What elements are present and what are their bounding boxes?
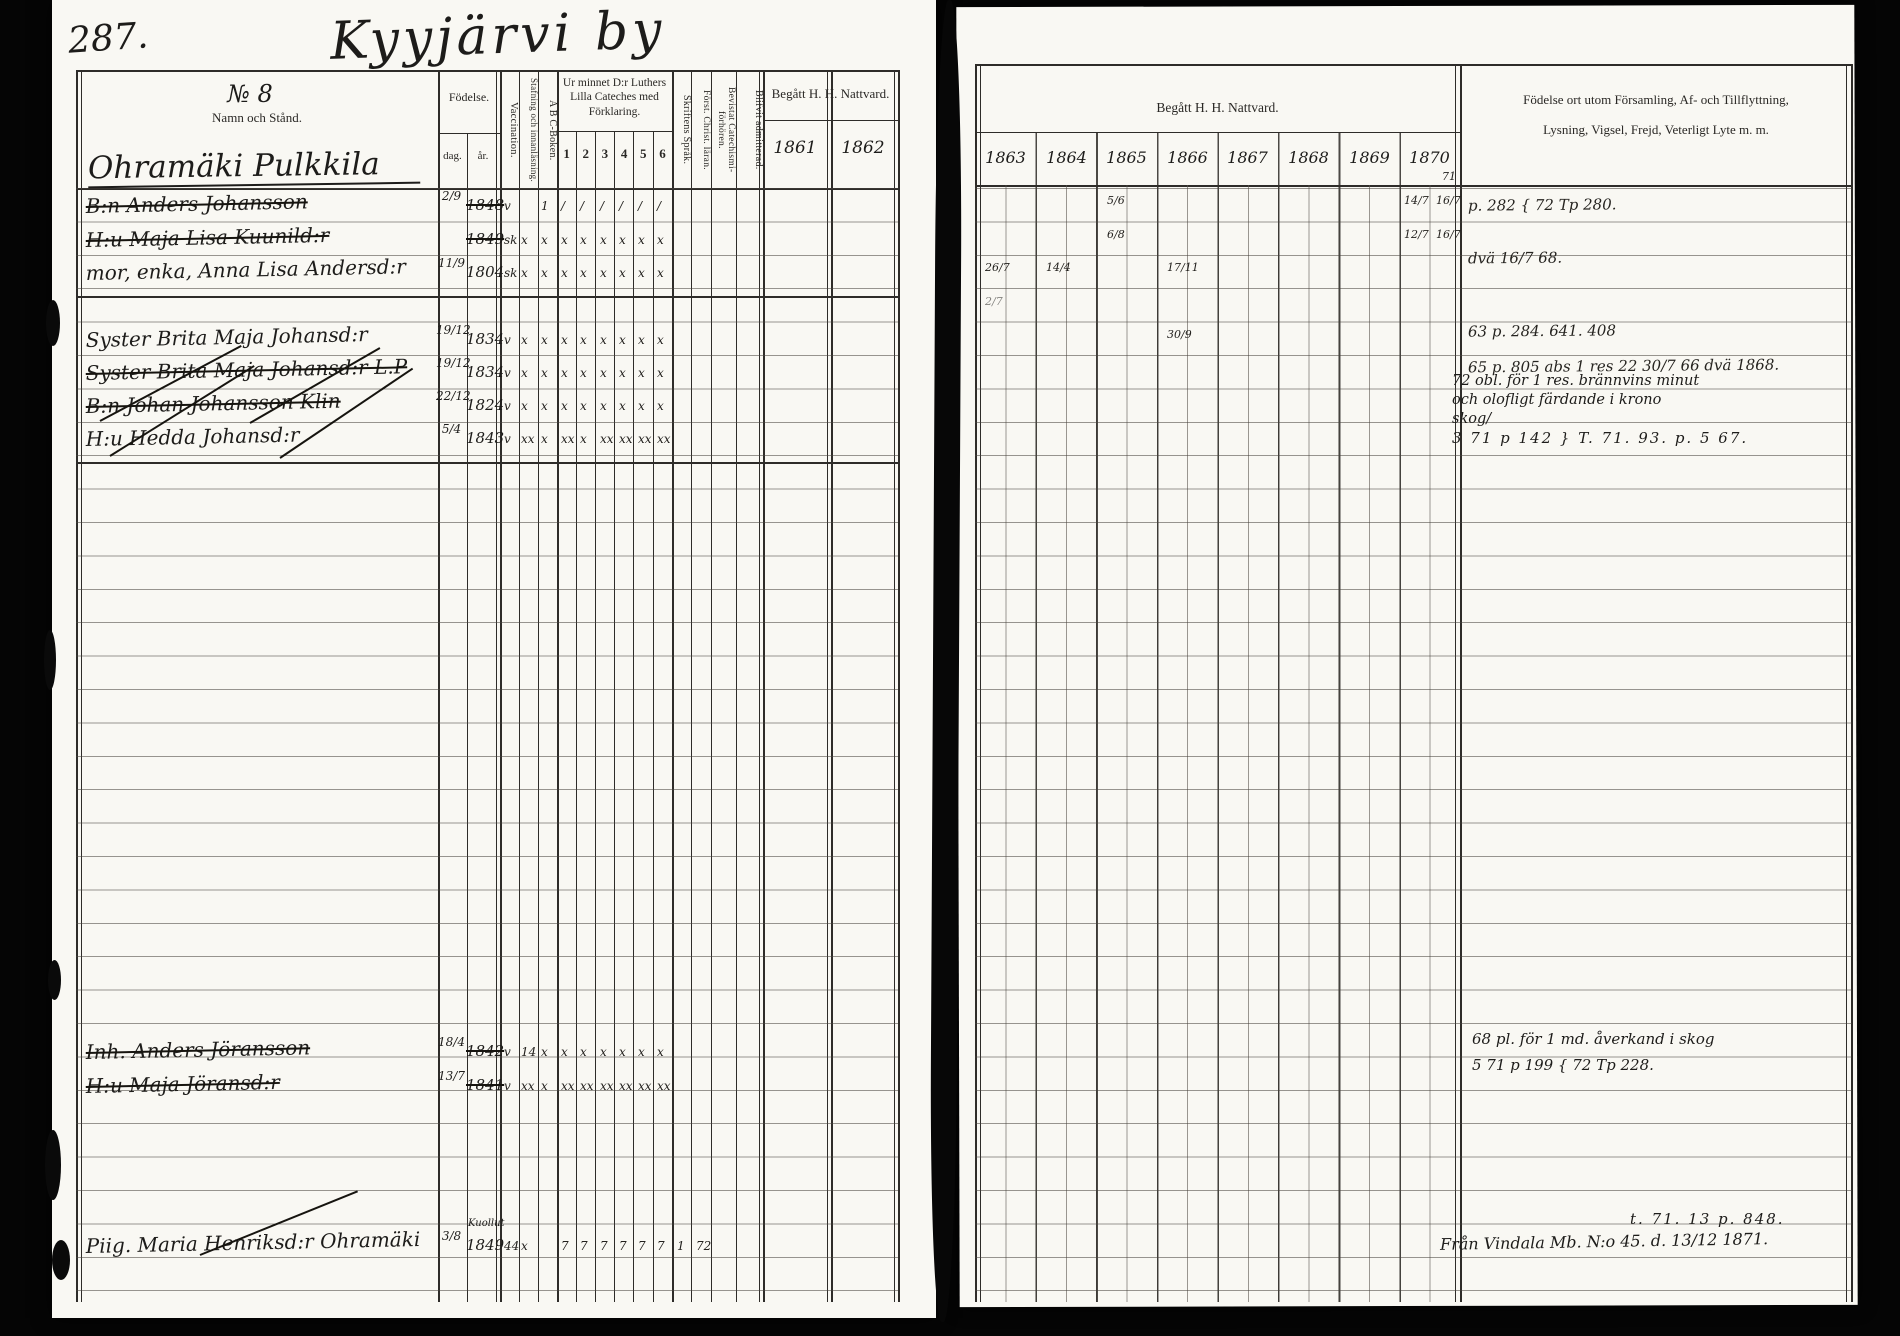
mark: x [521,333,528,347]
birth-year: 1848 [466,196,500,214]
mark: x [657,233,664,247]
folio-number: 287. [67,15,150,61]
mark: x [657,333,664,347]
header-line [763,120,898,121]
mark: / [657,199,661,213]
admitted-header: Blifvit admitterad. [736,74,763,186]
mark: x [561,366,568,380]
mark: x [638,366,645,380]
birth-day: 5/4 [436,422,467,436]
cat-col-2: 2 [576,146,595,162]
mark: x [619,399,626,413]
birth-day: 19/12 [436,356,467,370]
header-line [557,131,672,132]
scan-artifact [45,1130,61,1200]
communion-header-left: Begått H. H. Nattvard. [763,86,898,102]
mark: x [580,1045,587,1059]
mark: x [541,233,548,247]
communion-date: 14/4 [1046,261,1071,274]
mark: x [619,233,626,247]
mark: x [561,266,568,280]
mark: x [619,1045,626,1059]
year-1864: 1864 [1036,148,1097,167]
person-name: Syster Brita Maja Johansd:r [85,322,367,352]
person-name: H:u Maja Jöransd:r [85,1070,280,1098]
cat-col-3: 3 [595,146,614,162]
mark: xx [657,1079,671,1093]
mark: xx [619,432,633,446]
margin-note-line: t. 71. 13 p. 848. [1630,1210,1785,1228]
table-row: mor, enka, Anna Lisa Andersd:r 11/9 1804… [0,259,1900,293]
mark: x [638,333,645,347]
mark: 7 [561,1239,569,1253]
communion-date: 26/7 [985,261,1010,274]
mark: x [561,399,568,413]
mark: x [521,399,528,413]
mark: xx [638,432,652,446]
communion-date: 2/7 [985,295,1003,308]
mark: sk [504,266,517,280]
birth-year: 1843 [466,429,500,447]
mark: x [600,366,607,380]
scan-artifact [48,960,61,1000]
header-line [438,133,500,134]
person-name: Inh. Anders Jöransson [85,1035,310,1064]
year-1863: 1863 [975,148,1036,167]
table-border [76,70,898,72]
mark: 7 [638,1239,646,1253]
margin-note-line: 68 pl. för 1 md. åverkand i skog [1472,1026,1715,1052]
margin-note-block: 68 pl. för 1 md. åverkand i skog 5 71 p … [1472,1026,1715,1078]
mark: x [600,333,607,347]
mark: / [600,199,604,213]
mark: v [504,1079,511,1093]
margin-note-line: och olofligt färdande i krono [1452,391,1852,410]
mark: x [580,333,587,347]
table-border [975,64,1852,66]
margin-note: 63 p. 284. 641. 408 [1468,321,1616,340]
mark: / [619,199,623,213]
notes-header-line1: Födelse ort utom Församling, Af- och Til… [1460,92,1852,108]
mark: x [638,266,645,280]
mark: x [541,1045,548,1059]
mark: xx [638,1079,652,1093]
mark: x [580,233,587,247]
birth-day: 18/4 [436,1035,467,1049]
mark: x [619,366,626,380]
year-1871-sub: 71 [1437,170,1461,183]
table-row: Syster Brita Maja Johansd:r 19/12 1834 v… [0,326,1900,360]
mark: x [619,333,626,347]
birth-day: 19/12 [436,323,467,337]
birth-year-header: år. [467,150,499,162]
communion-date: 6/8 [1107,228,1125,241]
script-language-header: Skriftens Språk. [672,74,691,186]
mark: x [600,399,607,413]
mark: v [504,432,511,446]
mark: x [561,233,568,247]
mark: x [657,266,664,280]
cat-col-5: 5 [634,146,653,162]
village-heading: Ohramäki Pulkkila [88,146,420,189]
table-row: H:u Maja Lisa Kuunild:r 1849 sk x x x x … [0,226,1900,260]
mark: / [580,199,584,213]
mark: v [504,1045,511,1059]
birth-day: 2/9 [436,189,467,203]
cat-col-4: 4 [615,146,634,162]
year-1867: 1867 [1217,148,1278,167]
person-name: H:u Maja Lisa Kuunild:r [85,223,329,252]
communion-date: 12/7 [1404,228,1429,241]
household-number: № 8 [190,80,310,108]
person-name: B:n Anders Johansson [85,189,307,218]
birth-year: 1824 [466,396,500,414]
communion-date: 16/7 [1436,228,1461,241]
mark: 7 [657,1239,665,1253]
mark: x [561,1045,568,1059]
mark: x [657,366,664,380]
birth-year: 1804 [466,263,500,281]
page-script-title: Kyyjärvi by [329,0,666,72]
vaccination-header: Vaccination. [500,74,519,186]
mark: x [600,266,607,280]
mark: 14 [521,1045,536,1059]
margin-note: dvä 16/7 68. [1468,249,1562,268]
mark: xx [521,432,535,446]
year-1869: 1869 [1339,148,1400,167]
mark: x [541,366,548,380]
mark: xx [580,1079,594,1093]
mark: x [541,432,548,446]
mark: xx [561,432,575,446]
table-row: B:n Anders Johansson 2/9 1848 v 1 / / / … [0,192,1900,226]
margin-note-line: 3 71 p 142 } T. 71. 93. p. 5 67. [1452,428,1852,448]
birth-year: 1834 [466,363,500,381]
margin-note-line: skog/ [1452,410,1852,428]
year-1865: 1865 [1096,148,1157,167]
mark: x [521,1239,528,1253]
year-1861: 1861 [763,138,827,158]
birth-day: 3/8 [436,1229,467,1243]
mark: / [638,199,642,213]
mark: x [521,266,528,280]
mark: xx [657,432,671,446]
person-name: mor, enka, Anna Lisa Andersd:r [85,254,406,285]
mark: x [657,1045,664,1059]
margin-note: p. 282 { 72 Tp 280. [1468,195,1617,214]
mark: xx [521,1079,535,1093]
mark: 7 [619,1239,627,1253]
year-1870: 1870 [1399,148,1460,167]
status-note: Kuollut [468,1218,505,1229]
mark: sk [504,233,517,247]
notes-header-line2: Lysning, Vigsel, Frejd, Veterligt Lyte m… [1460,122,1852,138]
year-1866: 1866 [1157,148,1218,167]
communion-date: 30/9 [1167,328,1192,341]
cat-col-6: 6 [653,146,672,162]
mark: x [580,399,587,413]
communion-date: 5/6 [1107,194,1125,207]
mark: x [541,266,548,280]
margin-note-block: 72 obl. för 1 res. brännvins minut och o… [1452,372,1852,448]
birth-year: 1849 [466,230,500,248]
mark: x [619,266,626,280]
birth-year: 1834 [466,330,500,348]
birth-day: 13/7 [436,1069,467,1083]
margin-note-line: 72 obl. för 1 res. brännvins minut [1452,372,1852,391]
mark: x [580,266,587,280]
year-1868: 1868 [1278,148,1339,167]
mark: v [504,366,511,380]
scan-artifact [44,630,56,690]
scanned-parish-register: 287. Kyyjärvi by № 8 Namn och Stånd. Föd… [0,0,1900,1336]
mark: x [600,233,607,247]
communion-date: 16/7 [1436,194,1461,207]
catechism-exam-header: Bevistat Catechismi-förhören. [711,74,736,186]
birth-day: 11/9 [436,256,467,270]
mark: 7 [580,1239,588,1253]
mark: x [521,233,528,247]
mark: x [638,399,645,413]
spelling-header: Stafning och innanläsning. [519,74,538,186]
birth-year: 1841 [466,1076,500,1094]
mark: v [504,199,511,213]
group-line [76,462,898,464]
mark: 7 [600,1239,608,1253]
birth-year: 1849 [466,1236,500,1254]
mark: xx [561,1079,575,1093]
mark: x [580,432,587,446]
mark: x [580,366,587,380]
mark: xx [600,432,614,446]
mark: x [541,1079,548,1093]
year-1862: 1862 [831,138,895,158]
person-name: H:u Hedda Johansd:r [85,423,299,451]
birth-day-header: dag. [438,150,467,162]
mark: x [600,1045,607,1059]
catechism-header: Ur minnet D:r Luthers Lilla Cateches med… [558,76,671,119]
cat-col-1: 1 [557,146,576,162]
mark: xx [619,1079,633,1093]
communion-header-right: Begått H. H. Nattvard. [975,100,1460,116]
abc-book-header: A B C-Boken. [538,74,557,186]
mark: / [561,199,565,213]
christian-doctrine-header: Först. Christ. läran. [691,74,711,186]
mark: x [657,399,664,413]
mark: v [504,333,511,347]
mark: 44 [504,1239,519,1253]
mark: x [638,1045,645,1059]
mark: x [521,366,528,380]
communion-date: 17/11 [1167,261,1199,274]
communion-date: 14/7 [1404,194,1429,207]
mark: x [561,333,568,347]
mark: x [541,333,548,347]
mark: x [541,399,548,413]
mark: xx [600,1079,614,1093]
birth-year: 1842 [466,1042,500,1060]
catechism-columns: 1 2 3 4 5 6 [557,146,672,162]
mark: v [504,399,511,413]
birth-header: Födelse. [438,90,500,105]
birth-day: 22/12 [436,389,467,403]
margin-note-line: 5 71 p 199 { 72 Tp 228. [1472,1052,1715,1078]
mark: 1 [677,1239,685,1253]
mark: x [638,233,645,247]
mark: 72 [696,1239,711,1253]
mark: 1 [541,199,549,213]
name-column-header: Namn och Stånd. [76,110,438,126]
